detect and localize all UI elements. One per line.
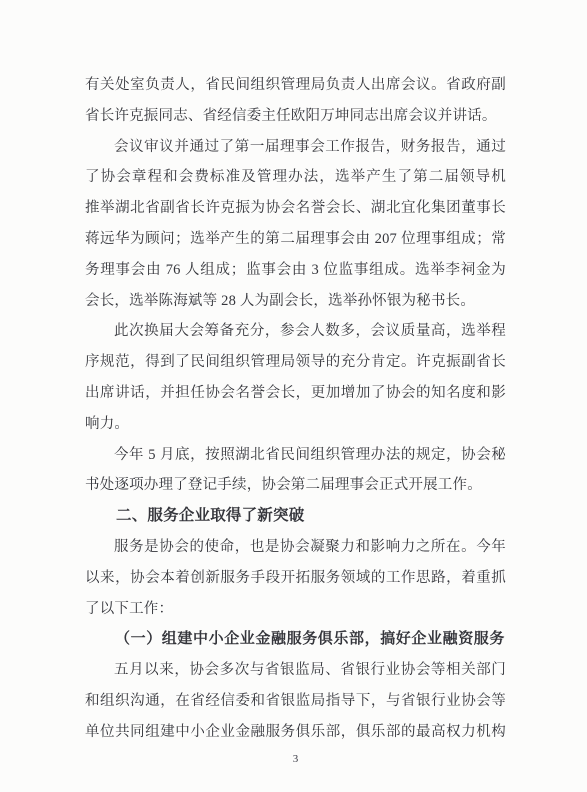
document-page: 有关处室负责人，省民间组织管理局负责人出席会议。省政府副 省长许克振同志、省经信… [0, 0, 587, 792]
text-line: 会长，选举陈海斌等 28 人为副会长，选举孙怀银为秘书长。 [85, 286, 506, 317]
text-line: 服务是协会的使命，也是协会凝聚力和影响力之所在。今年 [85, 532, 506, 563]
text-line: 了协会章程和会费标准及管理办法，选举产生了第二届领导机构： [85, 162, 506, 193]
subsection-heading: （一）组建中小企业金融服务俱乐部，搞好企业融资服务 [85, 624, 506, 655]
text-line: 书处逐项办理了登记手续，协会第二届理事会正式开展工作。 [85, 470, 506, 501]
text-line: 以来，协会本着创新服务手段开拓服务领域的工作思路，着重抓 [85, 563, 506, 594]
text-line: 省长许克振同志、省经信委主任欧阳万坤同志出席会议并讲话。 [85, 101, 506, 132]
section-heading: 二、服务企业取得了新突破 [85, 501, 506, 532]
text-line: 了以下工作： [85, 594, 506, 625]
text-line: 今年 5 月底，按照湖北省民间组织管理办法的规定，协会秘 [85, 440, 506, 471]
text-line: 蒋远华为顾问；选举产生的第二届理事会由 207 位理事组成；常 [85, 224, 506, 255]
page-number: 3 [85, 752, 506, 766]
text-line: 出席讲话，并担任协会名誉会长，更加增加了协会的知名度和影 [85, 378, 506, 409]
text-line: 推举湖北省副省长许克振为协会名誉会长、湖北宜化集团董事长 [85, 193, 506, 224]
text-line: 单位共同组建中小企业金融服务俱乐部，俱乐部的最高权力机构 [85, 717, 506, 748]
text-line: 序规范，得到了民间组织管理局领导的充分肯定。许克振副省长 [85, 347, 506, 378]
text-line: 有关处室负责人，省民间组织管理局负责人出席会议。省政府副 [85, 70, 506, 101]
text-line: 五月以来，协会多次与省银监局、省银行业协会等相关部门 [85, 655, 506, 686]
text-line: 务理事会由 76 人组成；监事会由 3 位监事组成。选举李祠金为 [85, 255, 506, 286]
text-block: 有关处室负责人，省民间组织管理局负责人出席会议。省政府副 省长许克振同志、省经信… [85, 70, 506, 748]
text-line: 会议审议并通过了第一届理事会工作报告，财务报告，通过 [85, 132, 506, 163]
text-line: 响力。 [85, 409, 506, 440]
text-line: 和组织沟通，在省经信委和省银监局指导下，与省银行业协会等 [85, 686, 506, 717]
text-line: 此次换届大会筹备充分，参会人数多，会议质量高，选举程 [85, 316, 506, 347]
